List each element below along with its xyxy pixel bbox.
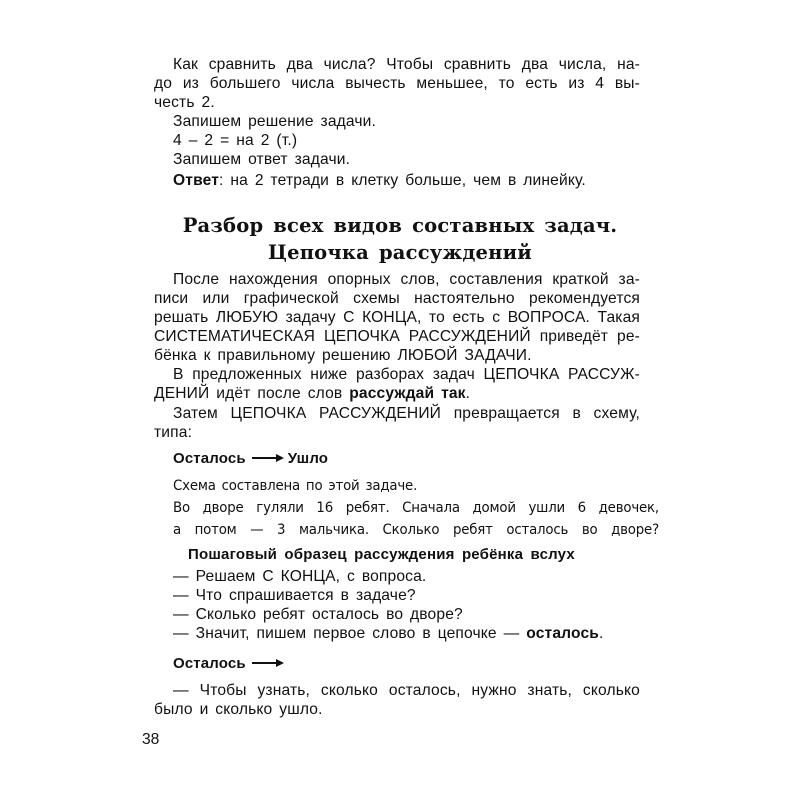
reasoning-step: — Сколько ребят осталось во дворе?	[173, 605, 463, 624]
scheme-diagram: ОсталосьУшло	[173, 449, 328, 468]
paragraph-line: Запишем решение задачи.	[173, 112, 376, 131]
text-span: .	[466, 385, 470, 402]
answer-text: : на 2 тетради в клетку больше, чем в ли…	[219, 172, 586, 189]
text-span: ДЕНИЙ идёт после слов	[154, 385, 349, 402]
answer-line: Ответ: на 2 тетради в клетку больше, чем…	[173, 171, 586, 190]
paragraph-line: бёнка к правильному решению ЛЮБОЙ ЗАДАЧИ…	[154, 346, 532, 365]
scheme-right-label: Ушло	[288, 450, 328, 467]
right-arrow-icon	[252, 453, 284, 463]
text-span: .	[599, 625, 603, 642]
paragraph-line: Затем ЦЕПОЧКА РАССУЖДЕНИЙ превращается в…	[173, 404, 640, 423]
paragraph-line: честь 2.	[154, 93, 215, 112]
keyword-bold: осталось	[526, 625, 599, 642]
paragraph-line: ДЕНИЙ идёт после слов рассуждай так.	[154, 384, 470, 403]
problem-line: а потом — 3 мальчика. Сколько ребят оста…	[173, 521, 659, 540]
scheme-left-label: Осталось	[173, 655, 246, 672]
paragraph-line: писи или графической схемы настоятельно …	[154, 289, 640, 308]
paragraph-line: — Чтобы узнать, сколько осталось, нужно …	[173, 681, 640, 700]
paragraph-line: После нахождения опорных слов, составлен…	[173, 270, 640, 289]
reasoning-step: — Что спрашивается в задаче?	[173, 586, 416, 605]
scheme-diagram: Осталось	[173, 654, 288, 673]
keyword-bold: рассуждай так	[349, 385, 465, 402]
problem-intro: Схема составлена по этой задаче.	[173, 477, 417, 496]
paragraph-line: типа:	[154, 423, 192, 442]
paragraph-line: В предложенных ниже разборах задач ЦЕПОЧ…	[173, 365, 640, 384]
book-page: Как сравнить два числа? Чтобы сравнить д…	[0, 0, 800, 800]
problem-line: Во дворе гуляли 16 ребят. Сначала домой …	[173, 499, 659, 518]
section-heading-line1: Разбор всех видов составных задач.	[150, 212, 650, 240]
paragraph-line: было и сколько ушло.	[154, 700, 323, 719]
reasoning-step: — Решаем С КОНЦА, с вопроса.	[173, 567, 426, 586]
reasoning-step: — Значит, пишем первое слово в цепочке —…	[173, 624, 604, 643]
scheme-left-label: Осталось	[173, 450, 246, 467]
paragraph-line: Запишем ответ задачи.	[173, 150, 350, 169]
section-heading-line2: Цепочка рассуждений	[150, 239, 650, 267]
paragraph-line: решать ЛЮБУЮ задачу С КОНЦА, то есть с В…	[154, 308, 640, 327]
paragraph-line: до из большего числа вычесть меньшее, то…	[154, 74, 640, 93]
right-arrow-icon	[252, 658, 284, 668]
reasoning-title: Пошаговый образец рассуждения ребёнка вс…	[188, 546, 575, 563]
text-span: — Значит, пишем первое слово в цепочке —	[173, 625, 526, 642]
equation: 4 – 2 = на 2 (т.)	[173, 131, 297, 150]
page-number: 38	[142, 731, 159, 749]
paragraph-line: СИСТЕМАТИЧЕСКАЯ ЦЕПОЧКА РАССУЖДЕНИЙ прив…	[154, 327, 640, 346]
answer-label: Ответ	[173, 172, 219, 189]
paragraph-line: Как сравнить два числа? Чтобы сравнить д…	[173, 55, 640, 74]
